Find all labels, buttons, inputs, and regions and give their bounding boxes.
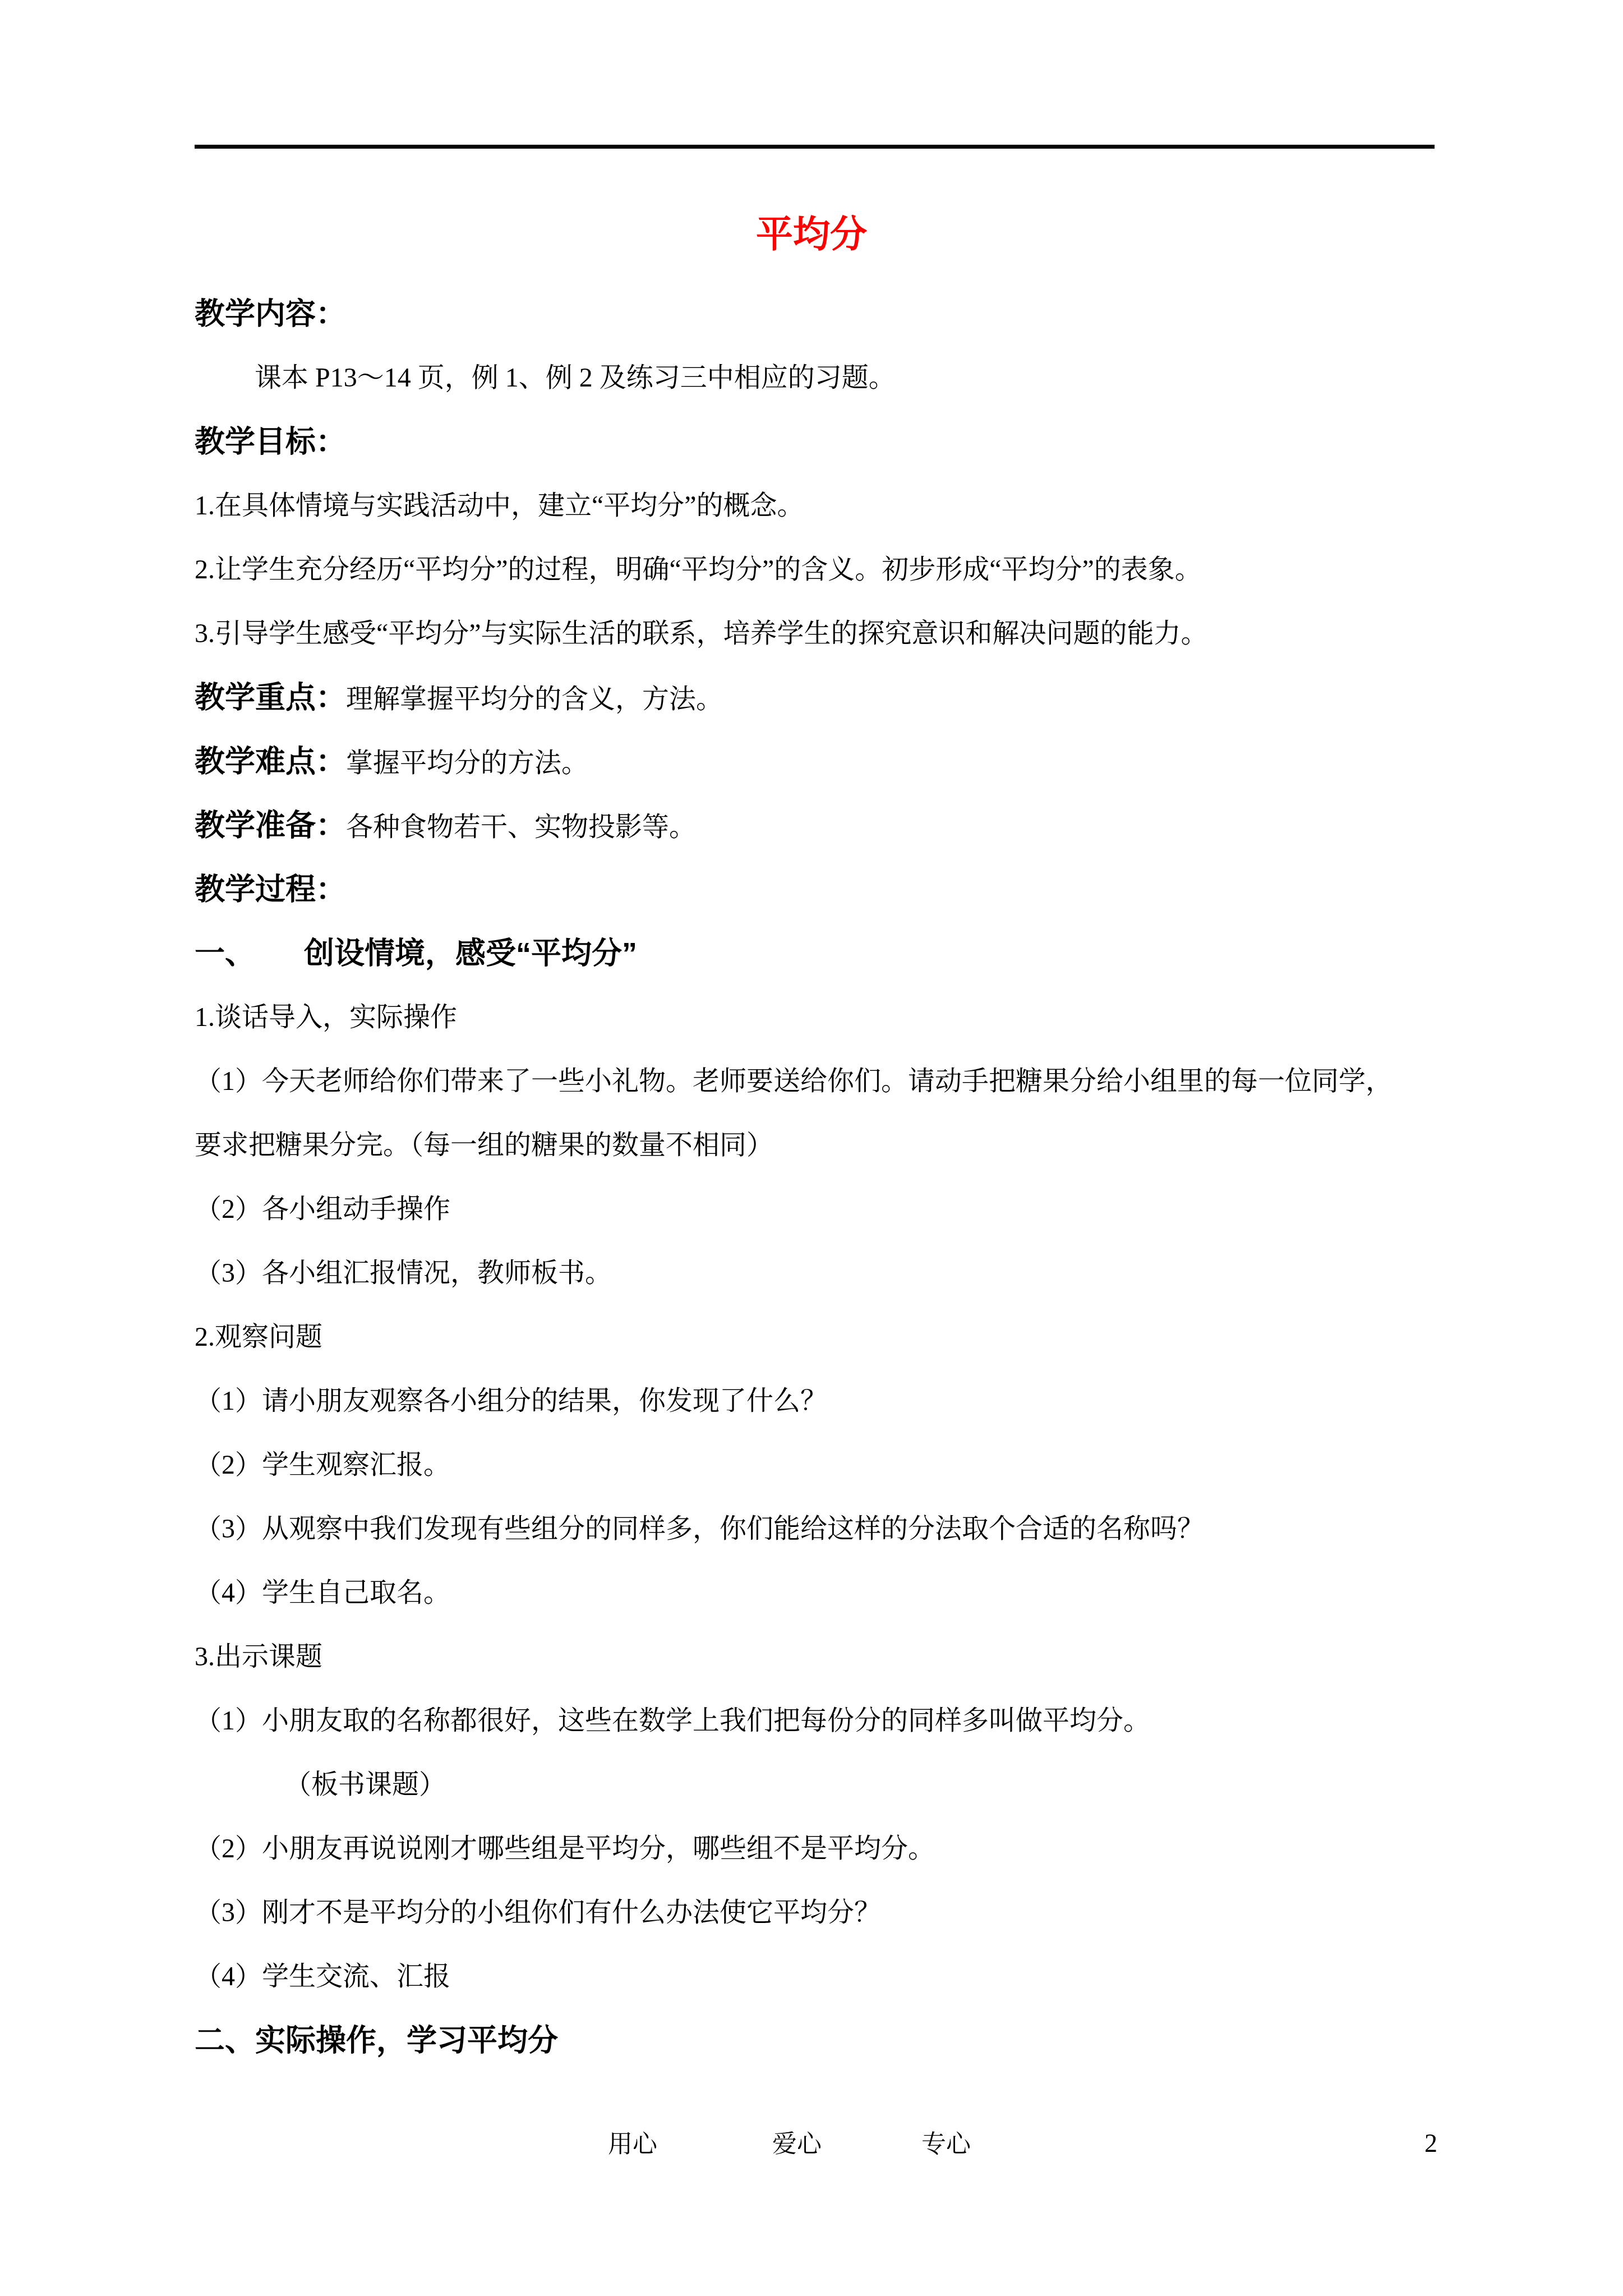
footer-watermark-aixin: 爱心 bbox=[772, 2131, 822, 2159]
text-line: 1.在具体情境与实践活动中，建立“平均分”的概念。 bbox=[195, 474, 1435, 538]
document-body: 教学内容：课本 P13～14 页，例 1、例 2 及练习三中相应的习题。教学目标… bbox=[195, 282, 1435, 2073]
bold-text-segment: 创设情境，感受“平均分” bbox=[304, 922, 637, 986]
text-segment: 3.出示课题 bbox=[195, 1642, 322, 1672]
text-line: （3）刚才不是平均分的小组你们有什么办法使它平均分？ bbox=[195, 1881, 1435, 1945]
text-segment: 3.引导学生感受“平均分”与实际生活的联系，培养学生的探究意识和解决问题的能力。 bbox=[195, 619, 1208, 648]
text-segment: 1.谈话导入，实际操作 bbox=[195, 1002, 457, 1032]
text-line: 要求把糖果分完。（每一组的糖果的数量不相同） bbox=[195, 1114, 1435, 1177]
text-segment: （4）学生自己取名。 bbox=[195, 1578, 450, 1608]
text-segment: 2.观察问题 bbox=[195, 1322, 322, 1352]
text-line: 二、实际操作，学习平均分 bbox=[195, 2009, 1435, 2073]
document-title: 平均分 bbox=[0, 217, 1623, 254]
text-segment: （1）今天老师给你们带来了一些小礼物。老师要送给你们。请动手把糖果分给小组里的每… bbox=[195, 1066, 1393, 1096]
text-segment: （2）小朋友再说说刚才哪些组是平均分，哪些组不是平均分。 bbox=[195, 1834, 935, 1864]
text-line: 教学内容： bbox=[195, 282, 1435, 346]
text-line: 教学过程： bbox=[195, 858, 1435, 922]
text-line: 教学重点：理解掌握平均分的含义，方法。 bbox=[195, 666, 1435, 730]
bold-text-segment: 教学内容： bbox=[195, 297, 346, 331]
page-number: 2 bbox=[1424, 2129, 1437, 2157]
text-line: 一、创设情境，感受“平均分” bbox=[195, 922, 1435, 986]
text-segment: （1）请小朋友观察各小组分的结果，你发现了什么？ bbox=[195, 1386, 827, 1416]
text-segment: 掌握平均分的方法。 bbox=[346, 748, 588, 778]
text-line: 课本 P13～14 页，例 1、例 2 及练习三中相应的习题。 bbox=[195, 346, 1435, 410]
text-line: 3.引导学生感受“平均分”与实际生活的联系，培养学生的探究意识和解决问题的能力。 bbox=[195, 602, 1435, 666]
text-segment: （3）各小组汇报情况，教师板书。 bbox=[195, 1258, 612, 1288]
document-page: 平均分 教学内容：课本 P13～14 页，例 1、例 2 及练习三中相应的习题。… bbox=[0, 0, 1623, 2296]
text-line: 2.观察问题 bbox=[195, 1305, 1435, 1369]
text-line: 2.让学生充分经历“平均分”的过程，明确“平均分”的含义。初步形成“平均分”的表… bbox=[195, 538, 1435, 602]
footer-watermark-yongxin: 用心 bbox=[608, 2131, 657, 2159]
text-line: （1）小朋友取的名称都很好，这些在数学上我们把每份分的同样多叫做平均分。 bbox=[195, 1689, 1435, 1753]
text-line: （2）各小组动手操作 bbox=[195, 1177, 1435, 1241]
text-segment: 理解掌握平均分的含义，方法。 bbox=[346, 684, 723, 714]
text-line: 教学准备：各种食物若干、实物投影等。 bbox=[195, 794, 1435, 858]
text-segment: （3）刚才不是平均分的小组你们有什么办法使它平均分？ bbox=[195, 1898, 881, 1927]
text-line: （3）各小组汇报情况，教师板书。 bbox=[195, 1241, 1435, 1305]
bold-text-segment: 教学过程： bbox=[195, 873, 346, 907]
bold-text-segment: 教学重点： bbox=[195, 681, 346, 715]
text-segment: （4）学生交流、汇报 bbox=[195, 1962, 450, 1991]
text-line: （2）小朋友再说说刚才哪些组是平均分，哪些组不是平均分。 bbox=[195, 1817, 1435, 1881]
text-segment: 各种食物若干、实物投影等。 bbox=[346, 812, 696, 842]
text-segment: （板书课题） bbox=[284, 1770, 446, 1800]
text-line: （4）学生交流、汇报 bbox=[195, 1945, 1435, 2009]
text-segment: （1）小朋友取的名称都很好，这些在数学上我们把每份分的同样多叫做平均分。 bbox=[195, 1706, 1150, 1736]
text-line: 1.谈话导入，实际操作 bbox=[195, 986, 1435, 1050]
text-line: （1）今天老师给你们带来了一些小礼物。老师要送给你们。请动手把糖果分给小组里的每… bbox=[195, 1050, 1435, 1114]
text-segment: 2.让学生充分经历“平均分”的过程，明确“平均分”的含义。初步形成“平均分”的表… bbox=[195, 555, 1202, 585]
text-segment: 要求把糖果分完。（每一组的糖果的数量不相同） bbox=[195, 1130, 773, 1160]
text-line: 教学难点：掌握平均分的方法。 bbox=[195, 730, 1435, 794]
text-line: 3.出示课题 bbox=[195, 1625, 1435, 1689]
text-line: （3）从观察中我们发现有些组分的同样多，你们能给这样的分法取个合适的名称吗？ bbox=[195, 1497, 1435, 1561]
text-line: （2）学生观察汇报。 bbox=[195, 1433, 1435, 1497]
bold-text-segment: 教学目标： bbox=[195, 425, 346, 459]
bold-text-segment: 二、实际操作，学习平均分 bbox=[195, 2024, 558, 2058]
text-line: （4）学生自己取名。 bbox=[195, 1561, 1435, 1625]
footer-watermark-zhuanxin: 专心 bbox=[921, 2131, 971, 2159]
text-segment: （2）学生观察汇报。 bbox=[195, 1450, 450, 1480]
text-line: 教学目标： bbox=[195, 410, 1435, 474]
header-rule bbox=[195, 145, 1435, 149]
text-line: （板书课题） bbox=[195, 1753, 1435, 1817]
page-footer: 用心 爱心 专心 bbox=[0, 2131, 1623, 2159]
bold-text-segment: 教学难点： bbox=[195, 745, 346, 779]
text-segment: （2）各小组动手操作 bbox=[195, 1194, 450, 1224]
bold-text-segment: 教学准备： bbox=[195, 809, 346, 843]
text-segment: 课本 P13～14 页，例 1、例 2 及练习三中相应的习题。 bbox=[255, 363, 896, 393]
text-segment: （3）从观察中我们发现有些组分的同样多，你们能给这样的分法取个合适的名称吗？ bbox=[195, 1514, 1204, 1544]
bold-text-segment: 一、 bbox=[195, 937, 255, 970]
text-line: （1）请小朋友观察各小组分的结果，你发现了什么？ bbox=[195, 1369, 1435, 1433]
text-segment: 1.在具体情境与实践活动中，建立“平均分”的概念。 bbox=[195, 491, 804, 521]
